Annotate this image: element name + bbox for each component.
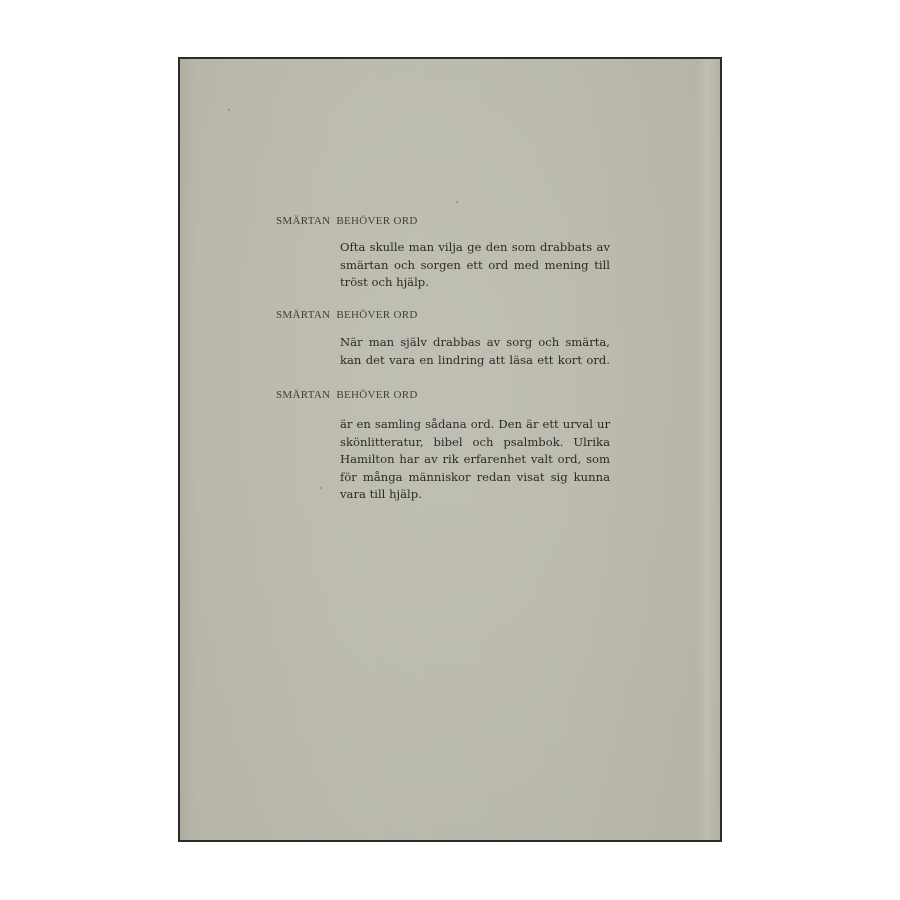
paragraph-line: Hamilton har av rik erfarenhet valt ord,… bbox=[340, 451, 610, 469]
paragraph-line: Ofta skulle man vilja ge den som drabbat… bbox=[340, 239, 610, 257]
paragraph-line: kan det vara en lindring att läsa ett ko… bbox=[340, 352, 610, 370]
paragraph-line: När man själv drabbas av sorg och smärta… bbox=[340, 334, 610, 352]
section-1-paragraph: Ofta skulle man vilja ge den som drabbat… bbox=[340, 239, 610, 292]
paper-speck bbox=[320, 487, 322, 489]
paragraph-line: smärtan och sorgen ett ord med mening ti… bbox=[340, 257, 610, 275]
section-2-paragraph: När man själv drabbas av sorg och smärta… bbox=[340, 334, 610, 369]
paragraph-line: vara till hjälp. bbox=[340, 486, 610, 504]
paragraph-line: skönlitteratur, bibel och psalmbok. Ulri… bbox=[340, 434, 610, 452]
paragraph-line: tröst och hjälp. bbox=[340, 274, 610, 292]
heading-word-behover-ord: BEHÖVER ORD bbox=[336, 215, 417, 227]
section-1-heading: SMÄRTANBEHÖVER ORD bbox=[276, 215, 418, 227]
paper-speck bbox=[456, 201, 458, 203]
section-3-heading: SMÄRTANBEHÖVER ORD bbox=[276, 389, 418, 401]
book-back-cover: SMÄRTANBEHÖVER ORD Ofta skulle man vilja… bbox=[178, 57, 722, 842]
paragraph-line: är en samling sådana ord. Den är ett urv… bbox=[340, 416, 610, 434]
heading-word-smartan: SMÄRTAN bbox=[276, 309, 330, 321]
heading-word-behover-ord: BEHÖVER ORD bbox=[336, 389, 417, 401]
paragraph-line: för många människor redan visat sig kunn… bbox=[340, 469, 610, 487]
section-3-paragraph: är en samling sådana ord. Den är ett urv… bbox=[340, 416, 610, 504]
heading-word-behover-ord: BEHÖVER ORD bbox=[336, 309, 417, 321]
heading-word-smartan: SMÄRTAN bbox=[276, 215, 330, 227]
section-2-heading: SMÄRTANBEHÖVER ORD bbox=[276, 309, 418, 321]
paper-speck bbox=[228, 109, 230, 111]
heading-word-smartan: SMÄRTAN bbox=[276, 389, 330, 401]
